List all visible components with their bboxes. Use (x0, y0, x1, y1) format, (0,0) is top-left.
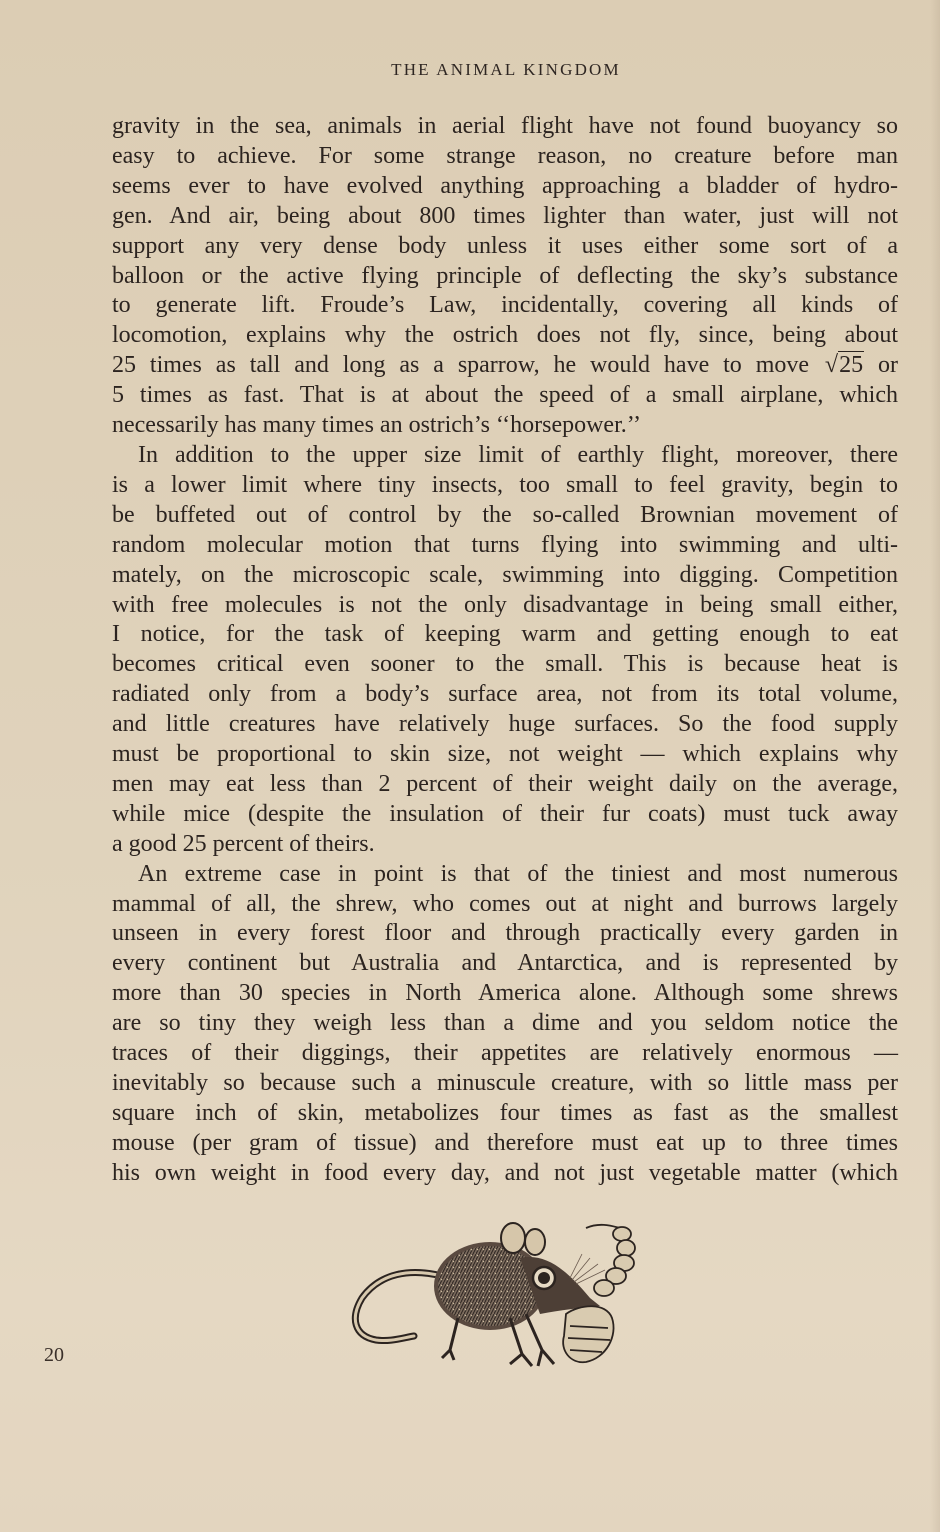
text-line: to generate lift. Froude’s Law, incident… (112, 291, 898, 321)
text-line: and little creatures have relatively hug… (112, 710, 898, 740)
text-line: square inch of skin, metabolizes four ti… (112, 1099, 898, 1129)
page-number: 20 (44, 1344, 64, 1367)
page-edge-shadow (930, 0, 940, 1532)
text-line: becomes critical even sooner to the smal… (112, 650, 898, 680)
text-line: his own weight in food every day, and no… (112, 1159, 898, 1189)
body-text: gravity in the sea, animals in aerial fl… (112, 112, 898, 1189)
text-line: easy to achieve. For some strange reason… (112, 142, 898, 172)
shrew-illustration (350, 1218, 640, 1376)
text-line: must be proportional to skin size, not w… (112, 740, 898, 770)
text-line: is a lower limit where tiny insects, too… (112, 471, 898, 501)
text-line: more than 30 species in North America al… (112, 979, 898, 1009)
paragraph: In addition to the upper size limit of e… (112, 441, 898, 860)
text-line: locomotion, explains why the ostrich doe… (112, 321, 898, 351)
square-root-expression: √25 (823, 351, 864, 381)
text-line: mately, on the microscopic scale, swimmi… (112, 561, 898, 591)
text-line: radiated only from a body’s surface area… (112, 680, 898, 710)
text-line: mouse (per gram of tissue) and therefore… (112, 1129, 898, 1159)
text-line: necessarily has many times an ostrich’s … (112, 411, 898, 441)
text-line: every continent but Australia and Antarc… (112, 949, 898, 979)
paragraph: An extreme case in point is that of the … (112, 860, 898, 1189)
text-line: unseen in every forest floor and through… (112, 919, 898, 949)
text-line: 5 times as fast. That is at about the sp… (112, 381, 898, 411)
paragraph: gravity in the sea, animals in aerial fl… (112, 112, 898, 441)
text-line: be buffeted out of control by the so-cal… (112, 501, 898, 531)
text-line: with free molecules is not the only disa… (112, 591, 898, 621)
text-line: random molecular motion that turns flyin… (112, 531, 898, 561)
running-head: THE ANIMAL KINGDOM (0, 60, 940, 80)
text-line: support any very dense body unless it us… (112, 232, 898, 262)
text-line: gravity in the sea, animals in aerial fl… (112, 112, 898, 142)
text-line: mammal of all, the shrew, who comes out … (112, 890, 898, 920)
text-line: In addition to the upper size limit of e… (112, 441, 898, 471)
text-line: inevitably so because such a minuscule c… (112, 1069, 898, 1099)
text-line: are so tiny they weigh less than a dime … (112, 1009, 898, 1039)
text-line: seems ever to have evolved anything appr… (112, 172, 898, 202)
text-line: An extreme case in point is that of the … (112, 860, 898, 890)
text-line: 25 times as tall and long as a sparrow, … (112, 351, 898, 381)
text-line: a good 25 percent of theirs. (112, 830, 898, 860)
text-line: men may eat less than 2 percent of their… (112, 770, 898, 800)
text-line: gen. And air, being about 800 times ligh… (112, 202, 898, 232)
text-line: traces of their diggings, their appetite… (112, 1039, 898, 1069)
text-line: I notice, for the task of keeping warm a… (112, 620, 898, 650)
text-line: balloon or the active flying principle o… (112, 262, 898, 292)
text-line: while mice (despite the insulation of th… (112, 800, 898, 830)
